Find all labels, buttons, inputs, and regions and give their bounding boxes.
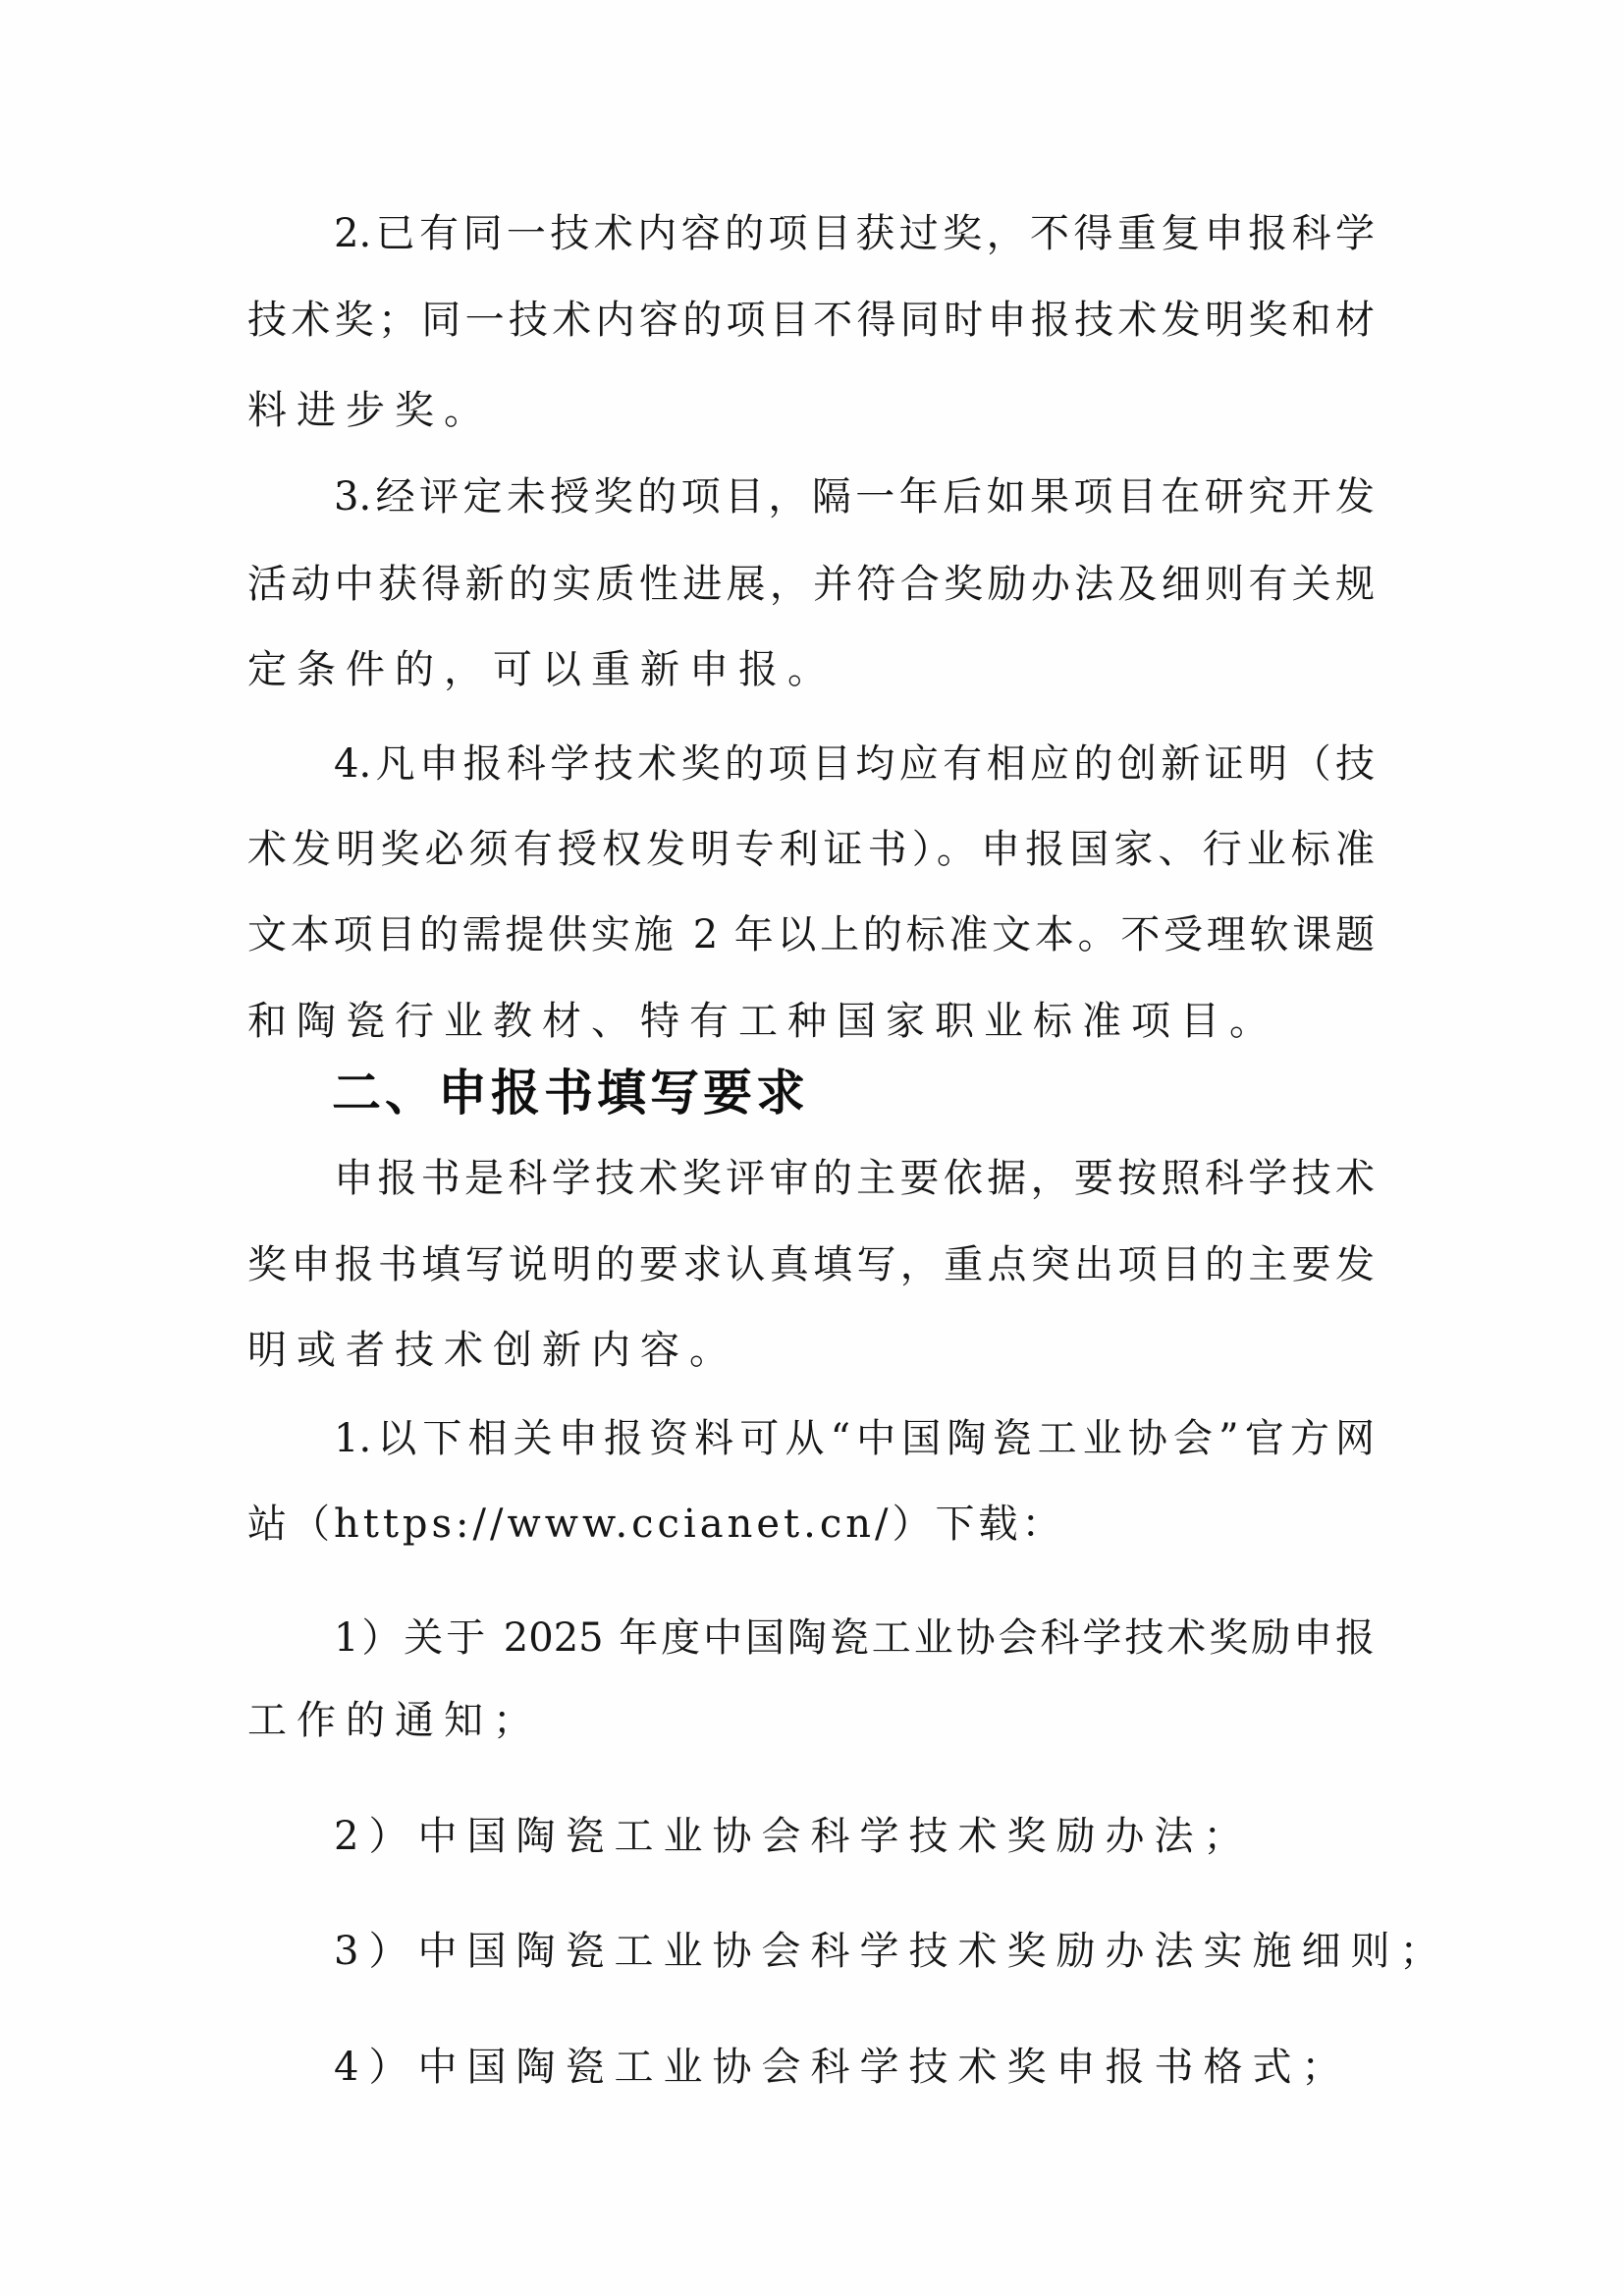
website-link-line[interactable]: 站（https://www.ccianet.cn/）下载：: [247, 1495, 1375, 1554]
list-item-line: 2）中国陶瓷工业协会科学技术奖励办法；: [334, 1807, 1375, 1866]
list-item-line: 工作的通知；: [247, 1691, 1375, 1750]
paragraph-line: 1.以下相关申报资料可从“中国陶瓷工业协会”官方网: [334, 1409, 1375, 1468]
paragraph-line: 料进步奖。: [247, 381, 1375, 440]
paragraph-line: 活动中获得新的实质性进展，并符合奖励办法及细则有关规: [247, 555, 1375, 614]
paragraph-line: 文本项目的需提供实施 2 年以上的标准文本。不受理软课题: [247, 905, 1375, 964]
paragraph-line: 术发明奖必须有授权发明专利证书）。申报国家、行业标准: [247, 820, 1375, 879]
list-item-line: 1）关于 2025 年度中国陶瓷工业协会科学技术奖励申报: [334, 1609, 1375, 1667]
paragraph-line: 2.已有同一技术内容的项目获过奖，不得重复申报科学: [334, 204, 1375, 263]
paragraph-line: 定条件的，可以重新申报。: [247, 640, 1375, 699]
section-heading: 二、申报书填写要求: [332, 1062, 809, 1124]
paragraph-line: 3.经评定未授奖的项目，隔一年后如果项目在研究开发: [334, 467, 1375, 526]
paragraph-line: 奖申报书填写说明的要求认真填写，重点突出项目的主要发: [247, 1235, 1375, 1294]
paragraph-line: 技术奖；同一技术内容的项目不得同时申报技术发明奖和材: [247, 291, 1375, 350]
document-page: 2.已有同一技术内容的项目获过奖，不得重复申报科学 技术奖；同一技术内容的项目不…: [0, 0, 1624, 2296]
paragraph-line: 申报书是科学技术奖评审的主要依据，要按照科学技术: [334, 1149, 1375, 1208]
list-item-line: 3）中国陶瓷工业协会科学技术奖励办法实施细则；: [334, 1922, 1375, 1981]
paragraph-line: 明或者技术创新内容。: [247, 1321, 1375, 1380]
paragraph-line: 4.凡申报科学技术奖的项目均应有相应的创新证明（技: [334, 735, 1375, 793]
list-item-line: 4）中国陶瓷工业协会科学技术奖申报书格式；: [334, 2038, 1375, 2097]
paragraph-line: 和陶瓷行业教材、特有工种国家职业标准项目。: [247, 992, 1375, 1051]
